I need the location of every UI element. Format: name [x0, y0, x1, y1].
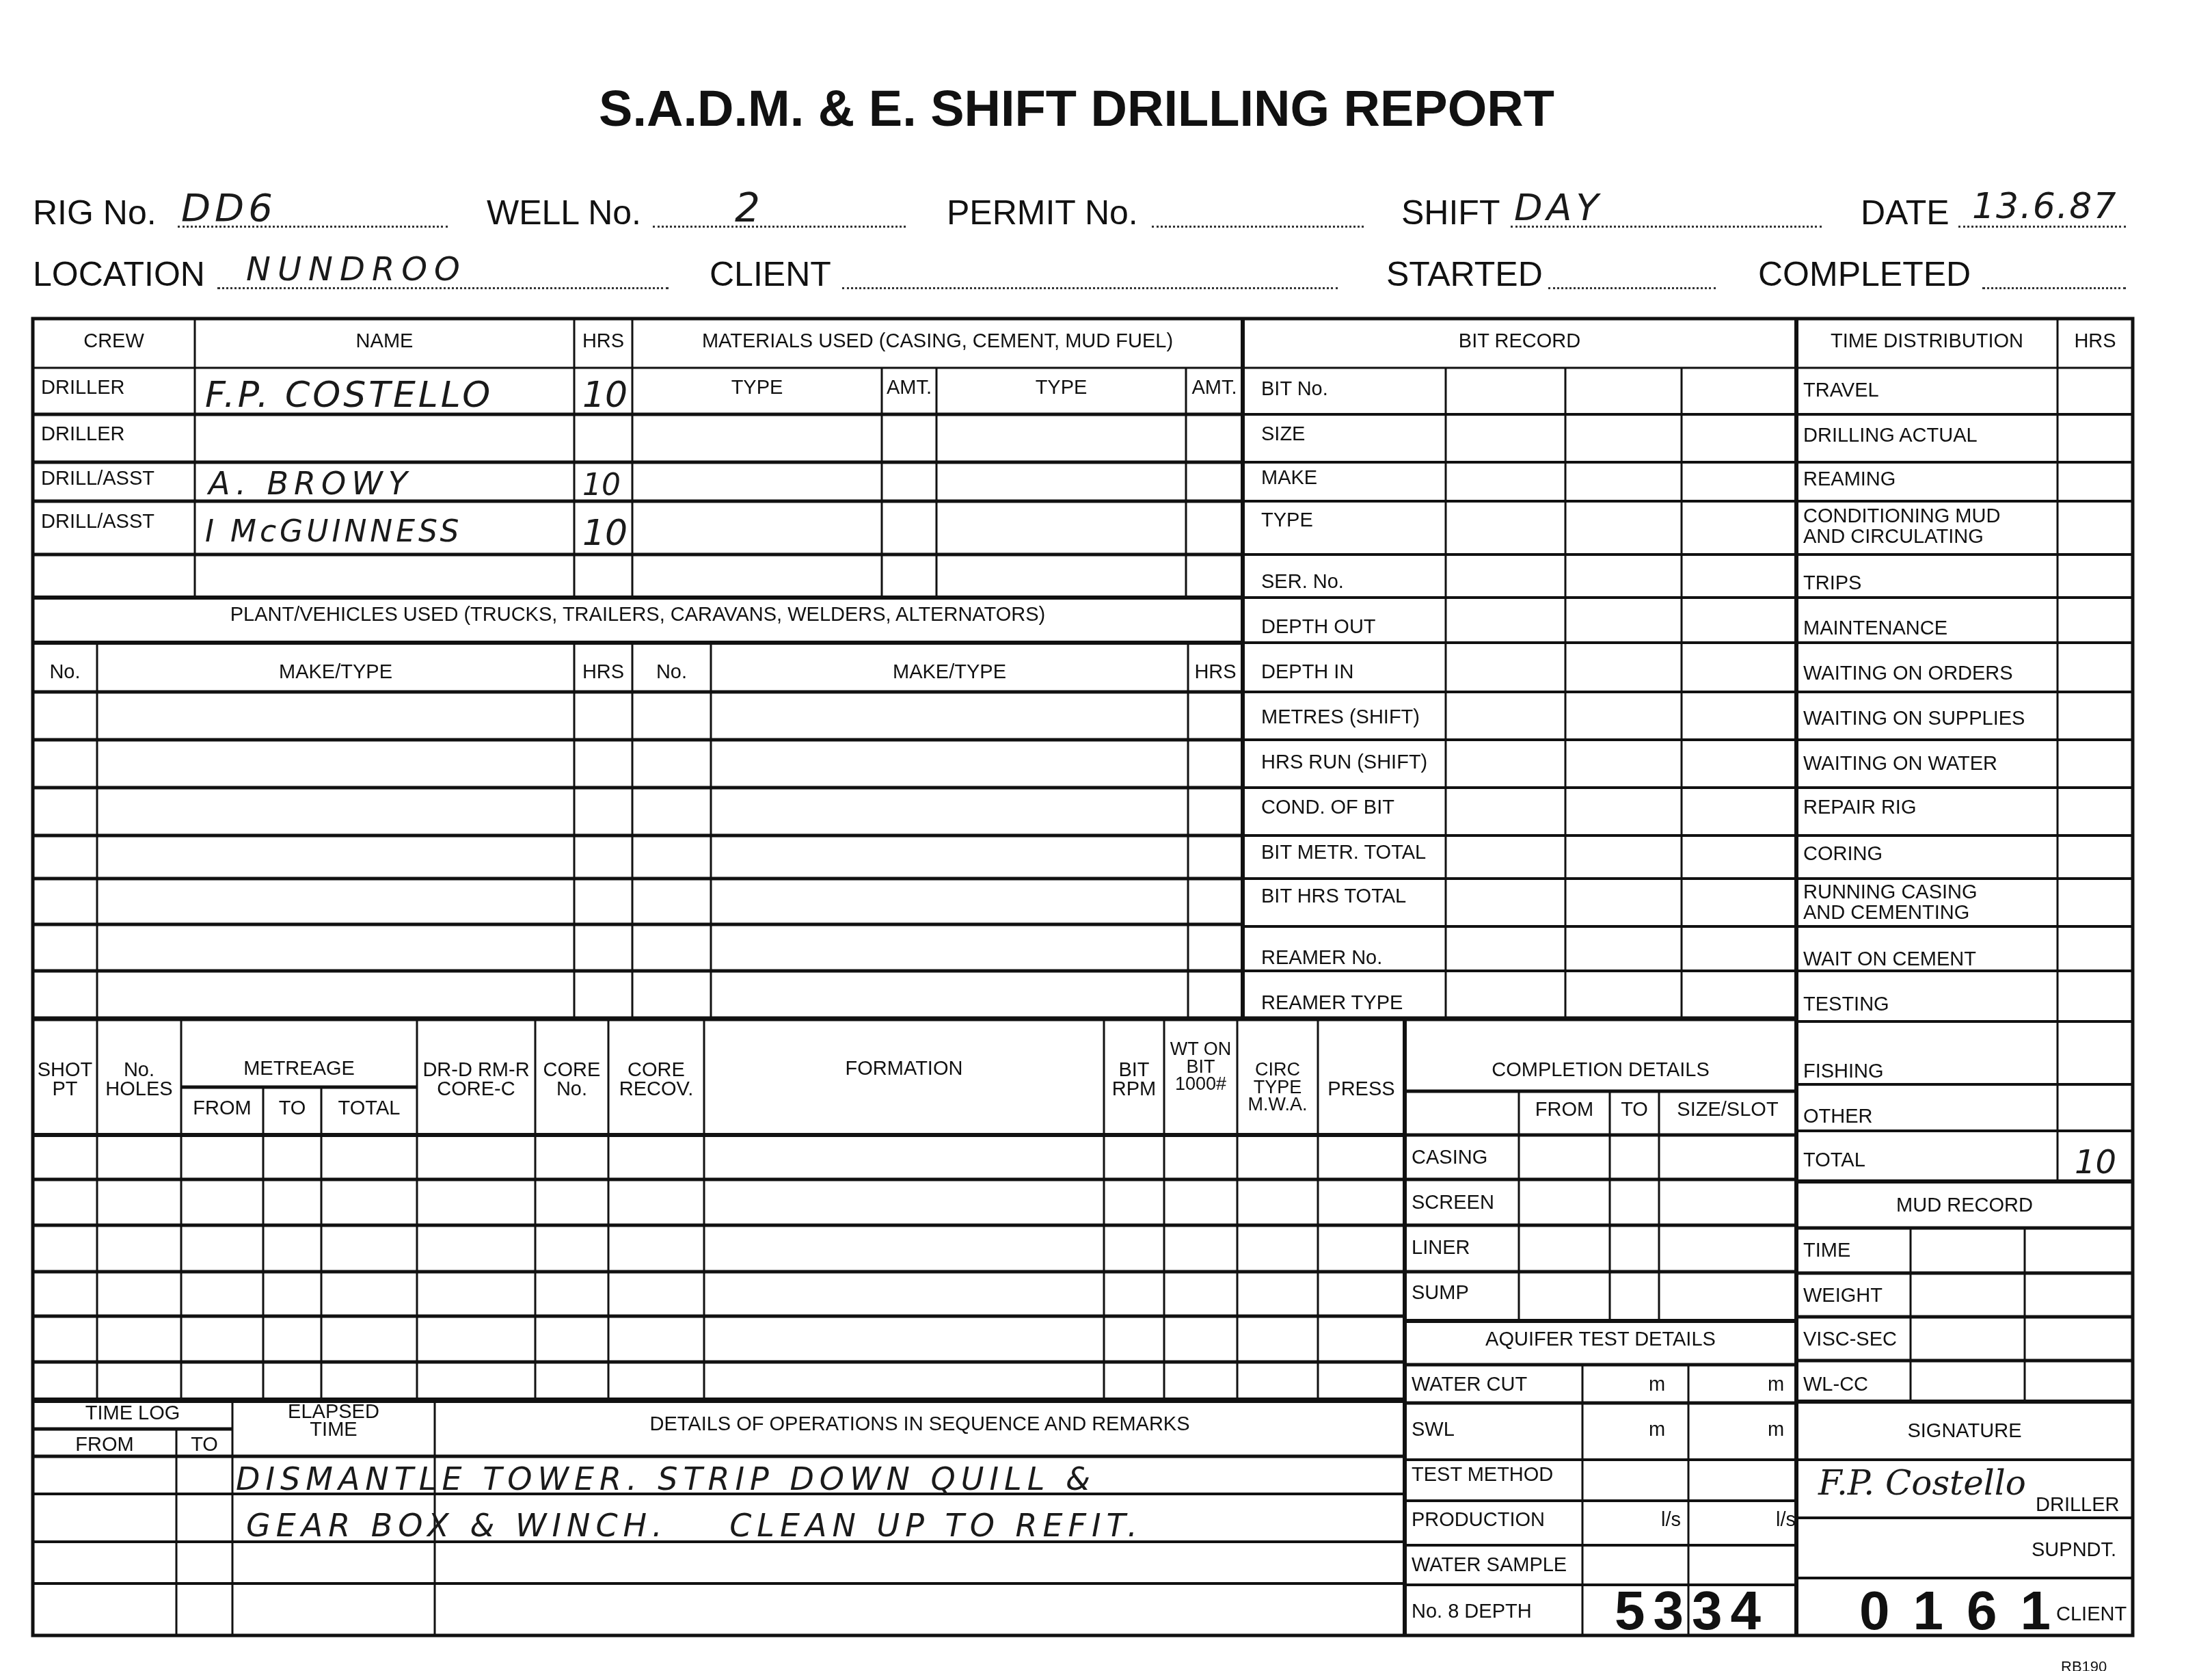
materials-type-header-2: TYPE: [936, 377, 1186, 399]
td-conditioning-mud-label: CONDITIONING MUD AND CIRCULATING: [1803, 505, 2000, 548]
aquifer-title: AQUIFER TEST DETAILS: [1405, 1329, 1796, 1351]
td-waiting-on-orders: WAITING ON ORDERS: [1803, 663, 2013, 685]
materials-type-header-1: TYPE: [632, 377, 882, 399]
crew-name-1[interactable]: F.P. COSTELLO: [205, 375, 493, 416]
completion-from-header: FROM: [1519, 1099, 1610, 1121]
circ-type-header: CIRC TYPE M.W.A.: [1237, 1061, 1318, 1114]
completion-title: COMPLETION DETAILS: [1405, 1060, 1796, 1082]
aquifer-test-method: TEST METHOD: [1412, 1465, 1553, 1486]
mud-visc-sec: VISC-SEC: [1803, 1329, 1897, 1351]
plant-make-header-1: MAKE/TYPE: [97, 662, 574, 684]
stamp-right: 0161: [1859, 1581, 2074, 1641]
signature-driller-label: DRILLER: [2036, 1495, 2120, 1516]
aquifer-water-cut-unit2: m: [1768, 1374, 1784, 1396]
bit-row-bit-metr-total: BIT METR. TOTAL: [1261, 842, 1426, 864]
shot-pt-label: SHOT PT: [38, 1059, 93, 1100]
crew-hrs-4[interactable]: 10: [582, 513, 628, 554]
elapsed-time-label: ELAPSED TIME: [288, 1401, 379, 1441]
time-log-from-header: FROM: [33, 1434, 176, 1456]
core-recov-header: CORE RECOV.: [608, 1061, 704, 1099]
aquifer-production: PRODUCTION: [1412, 1510, 1545, 1532]
plant-no-header-2: No.: [632, 662, 711, 684]
materials-title: MATERIALS USED (CASING, CEMENT, MUD FUEL…: [632, 331, 1243, 353]
aquifer-swl-unit2: m: [1768, 1419, 1784, 1441]
td-fishing: FISHING: [1803, 1061, 1884, 1083]
crew-role-2: DRILLER: [41, 424, 125, 446]
crew-header: CREW: [33, 331, 195, 353]
plant-make-header-2: MAKE/TYPE: [711, 662, 1188, 684]
drd-header: DR-D RM-R CORE-C: [417, 1061, 535, 1099]
bit-row-depth-in: DEPTH IN: [1261, 662, 1353, 684]
td-running-casing-label: RUNNING CASING AND CEMENTING: [1803, 881, 1978, 924]
core-no-label: CORE No.: [543, 1059, 601, 1100]
signature-title: SIGNATURE: [1796, 1421, 2133, 1443]
crew-hrs-3[interactable]: 10: [582, 468, 621, 503]
plant-hrs-header-2: HRS: [1188, 662, 1243, 684]
elapsed-time-header: ELAPSED TIME: [232, 1403, 435, 1439]
time-distribution-hrs-header: HRS: [2058, 331, 2133, 353]
driller-signature[interactable]: F.P. Costello: [1818, 1463, 2026, 1503]
completion-sump: SUMP: [1412, 1283, 1469, 1305]
bit-rpm-header: BIT RPM: [1104, 1061, 1164, 1099]
aquifer-production-unit2: l/s: [1776, 1510, 1796, 1532]
wt-on-bit-label: WT ON BIT 1000#: [1170, 1039, 1232, 1094]
hrs-header: HRS: [574, 331, 632, 353]
core-recov-label: CORE RECOV.: [619, 1059, 694, 1100]
completion-liner: LINER: [1412, 1238, 1470, 1259]
press-header: PRESS: [1318, 1079, 1405, 1101]
form-code: RB190: [2061, 1659, 2107, 1671]
mud-wl-cc: WL-CC: [1803, 1374, 1868, 1396]
bit-row-bit-no: BIT No.: [1261, 379, 1328, 401]
time-log-title: TIME LOG: [33, 1403, 232, 1425]
td-testing: TESTING: [1803, 994, 1889, 1016]
crew-name-4[interactable]: I McGUINNESS: [205, 514, 462, 549]
bit-row-make: MAKE: [1261, 468, 1317, 490]
bit-row-depth-out: DEPTH OUT: [1261, 617, 1376, 639]
metreage-from-header: FROM: [181, 1098, 263, 1120]
td-repair-rig: REPAIR RIG: [1803, 797, 1916, 819]
metreage-header: METREAGE: [181, 1058, 417, 1080]
circ-type-label: CIRC TYPE M.W.A.: [1248, 1059, 1308, 1114]
bit-row-metres-shift: METRES (SHIFT): [1261, 707, 1420, 729]
td-reaming: REAMING: [1803, 469, 1896, 491]
aquifer-water-cut: WATER CUT: [1412, 1374, 1527, 1396]
crew-name-3[interactable]: A. BROWY: [208, 465, 413, 502]
signature-supndt-label: SUPNDT.: [2032, 1540, 2116, 1562]
td-total: TOTAL: [1803, 1150, 1865, 1172]
aquifer-no8-depth: No. 8 DEPTH: [1412, 1601, 1532, 1623]
metreage-total-header: TOTAL: [321, 1098, 417, 1120]
stamp-left: 5334: [1615, 1581, 1769, 1641]
bit-row-reamer-type: REAMER TYPE: [1261, 993, 1403, 1015]
td-conditioning-mud: CONDITIONING MUD AND CIRCULATING: [1803, 506, 2029, 548]
td-other: OTHER: [1803, 1106, 1873, 1128]
td-coring: CORING: [1803, 844, 1883, 866]
remarks-header: DETAILS OF OPERATIONS IN SEQUENCE AND RE…: [435, 1414, 1405, 1436]
no-holes-header: No. HOLES: [97, 1061, 181, 1099]
drd-label: DR-D RM-R CORE-C: [422, 1059, 529, 1100]
bit-rpm-label: BIT RPM: [1112, 1059, 1156, 1100]
mud-record-title: MUD RECORD: [1796, 1195, 2133, 1217]
crew-role-3: DRILL/ASST: [41, 468, 154, 490]
td-total-hrs[interactable]: 10: [2075, 1143, 2116, 1181]
materials-amt-header-1: AMT.: [882, 377, 936, 399]
remarks-line-1[interactable]: DISMANTLE TOWER. STRIP DOWN QUILL &: [236, 1460, 1096, 1497]
aquifer-swl-unit1: m: [1649, 1419, 1665, 1441]
crew-hrs-1[interactable]: 10: [582, 375, 628, 416]
formation-header: FORMATION: [704, 1058, 1104, 1080]
mud-time: TIME: [1803, 1240, 1850, 1262]
td-running-casing: RUNNING CASING AND CEMENTING: [1803, 882, 2008, 924]
aquifer-swl: SWL: [1412, 1419, 1455, 1441]
plant-hrs-header-1: HRS: [574, 662, 632, 684]
time-log-to-header: TO: [176, 1434, 232, 1456]
td-waiting-on-supplies: WAITING ON SUPPLIES: [1803, 708, 2025, 730]
completion-to-header: TO: [1610, 1099, 1659, 1121]
time-distribution-title: TIME DISTRIBUTION: [1796, 331, 2058, 353]
plant-title: PLANT/VEHICLES USED (TRUCKS, TRAILERS, C…: [33, 604, 1243, 626]
completion-casing: CASING: [1412, 1147, 1487, 1169]
shot-pt-header: SHOT PT: [33, 1061, 97, 1099]
metreage-to-header: TO: [263, 1098, 321, 1120]
bit-row-size: SIZE: [1261, 424, 1305, 446]
no-holes-label: No. HOLES: [105, 1059, 172, 1100]
bit-record-title: BIT RECORD: [1243, 331, 1796, 353]
td-travel: TRAVEL: [1803, 380, 1879, 402]
aquifer-water-cut-unit1: m: [1649, 1374, 1665, 1396]
bit-row-bit-hrs-total: BIT HRS TOTAL: [1261, 886, 1406, 908]
aquifer-production-unit1: l/s: [1661, 1510, 1681, 1532]
crew-role-1: DRILLER: [41, 377, 125, 399]
core-no-header: CORE No.: [535, 1061, 608, 1099]
remarks-line-2[interactable]: GEAR BOX & WINCH. CLEAN UP TO REFIT.: [246, 1507, 1143, 1544]
bit-row-hrs-run-shift: HRS RUN (SHIFT): [1261, 752, 1427, 774]
mud-weight: WEIGHT: [1803, 1285, 1883, 1307]
completion-size-slot-header: SIZE/SLOT: [1659, 1099, 1796, 1121]
bit-row-cond-of-bit: COND. OF BIT: [1261, 797, 1394, 819]
td-trips: TRIPS: [1803, 573, 1861, 595]
wt-on-bit-header: WT ON BIT 1000#: [1164, 1041, 1237, 1093]
name-header: NAME: [195, 331, 574, 353]
bit-row-type: TYPE: [1261, 510, 1313, 532]
plant-no-header-1: No.: [33, 662, 97, 684]
td-drilling-actual: DRILLING ACTUAL: [1803, 425, 1978, 447]
aquifer-water-sample: WATER SAMPLE: [1412, 1555, 1567, 1577]
td-maintenance: MAINTENANCE: [1803, 618, 1947, 640]
materials-amt-header-2: AMT.: [1186, 377, 1243, 399]
completion-screen: SCREEN: [1412, 1192, 1494, 1214]
crew-role-4: DRILL/ASST: [41, 511, 154, 533]
bit-row-reamer-no: REAMER No.: [1261, 948, 1382, 970]
td-wait-on-cement: WAIT ON CEMENT: [1803, 949, 1976, 971]
bit-row-ser-no: SER. No.: [1261, 572, 1344, 593]
td-waiting-on-water: WAITING ON WATER: [1803, 753, 1997, 775]
